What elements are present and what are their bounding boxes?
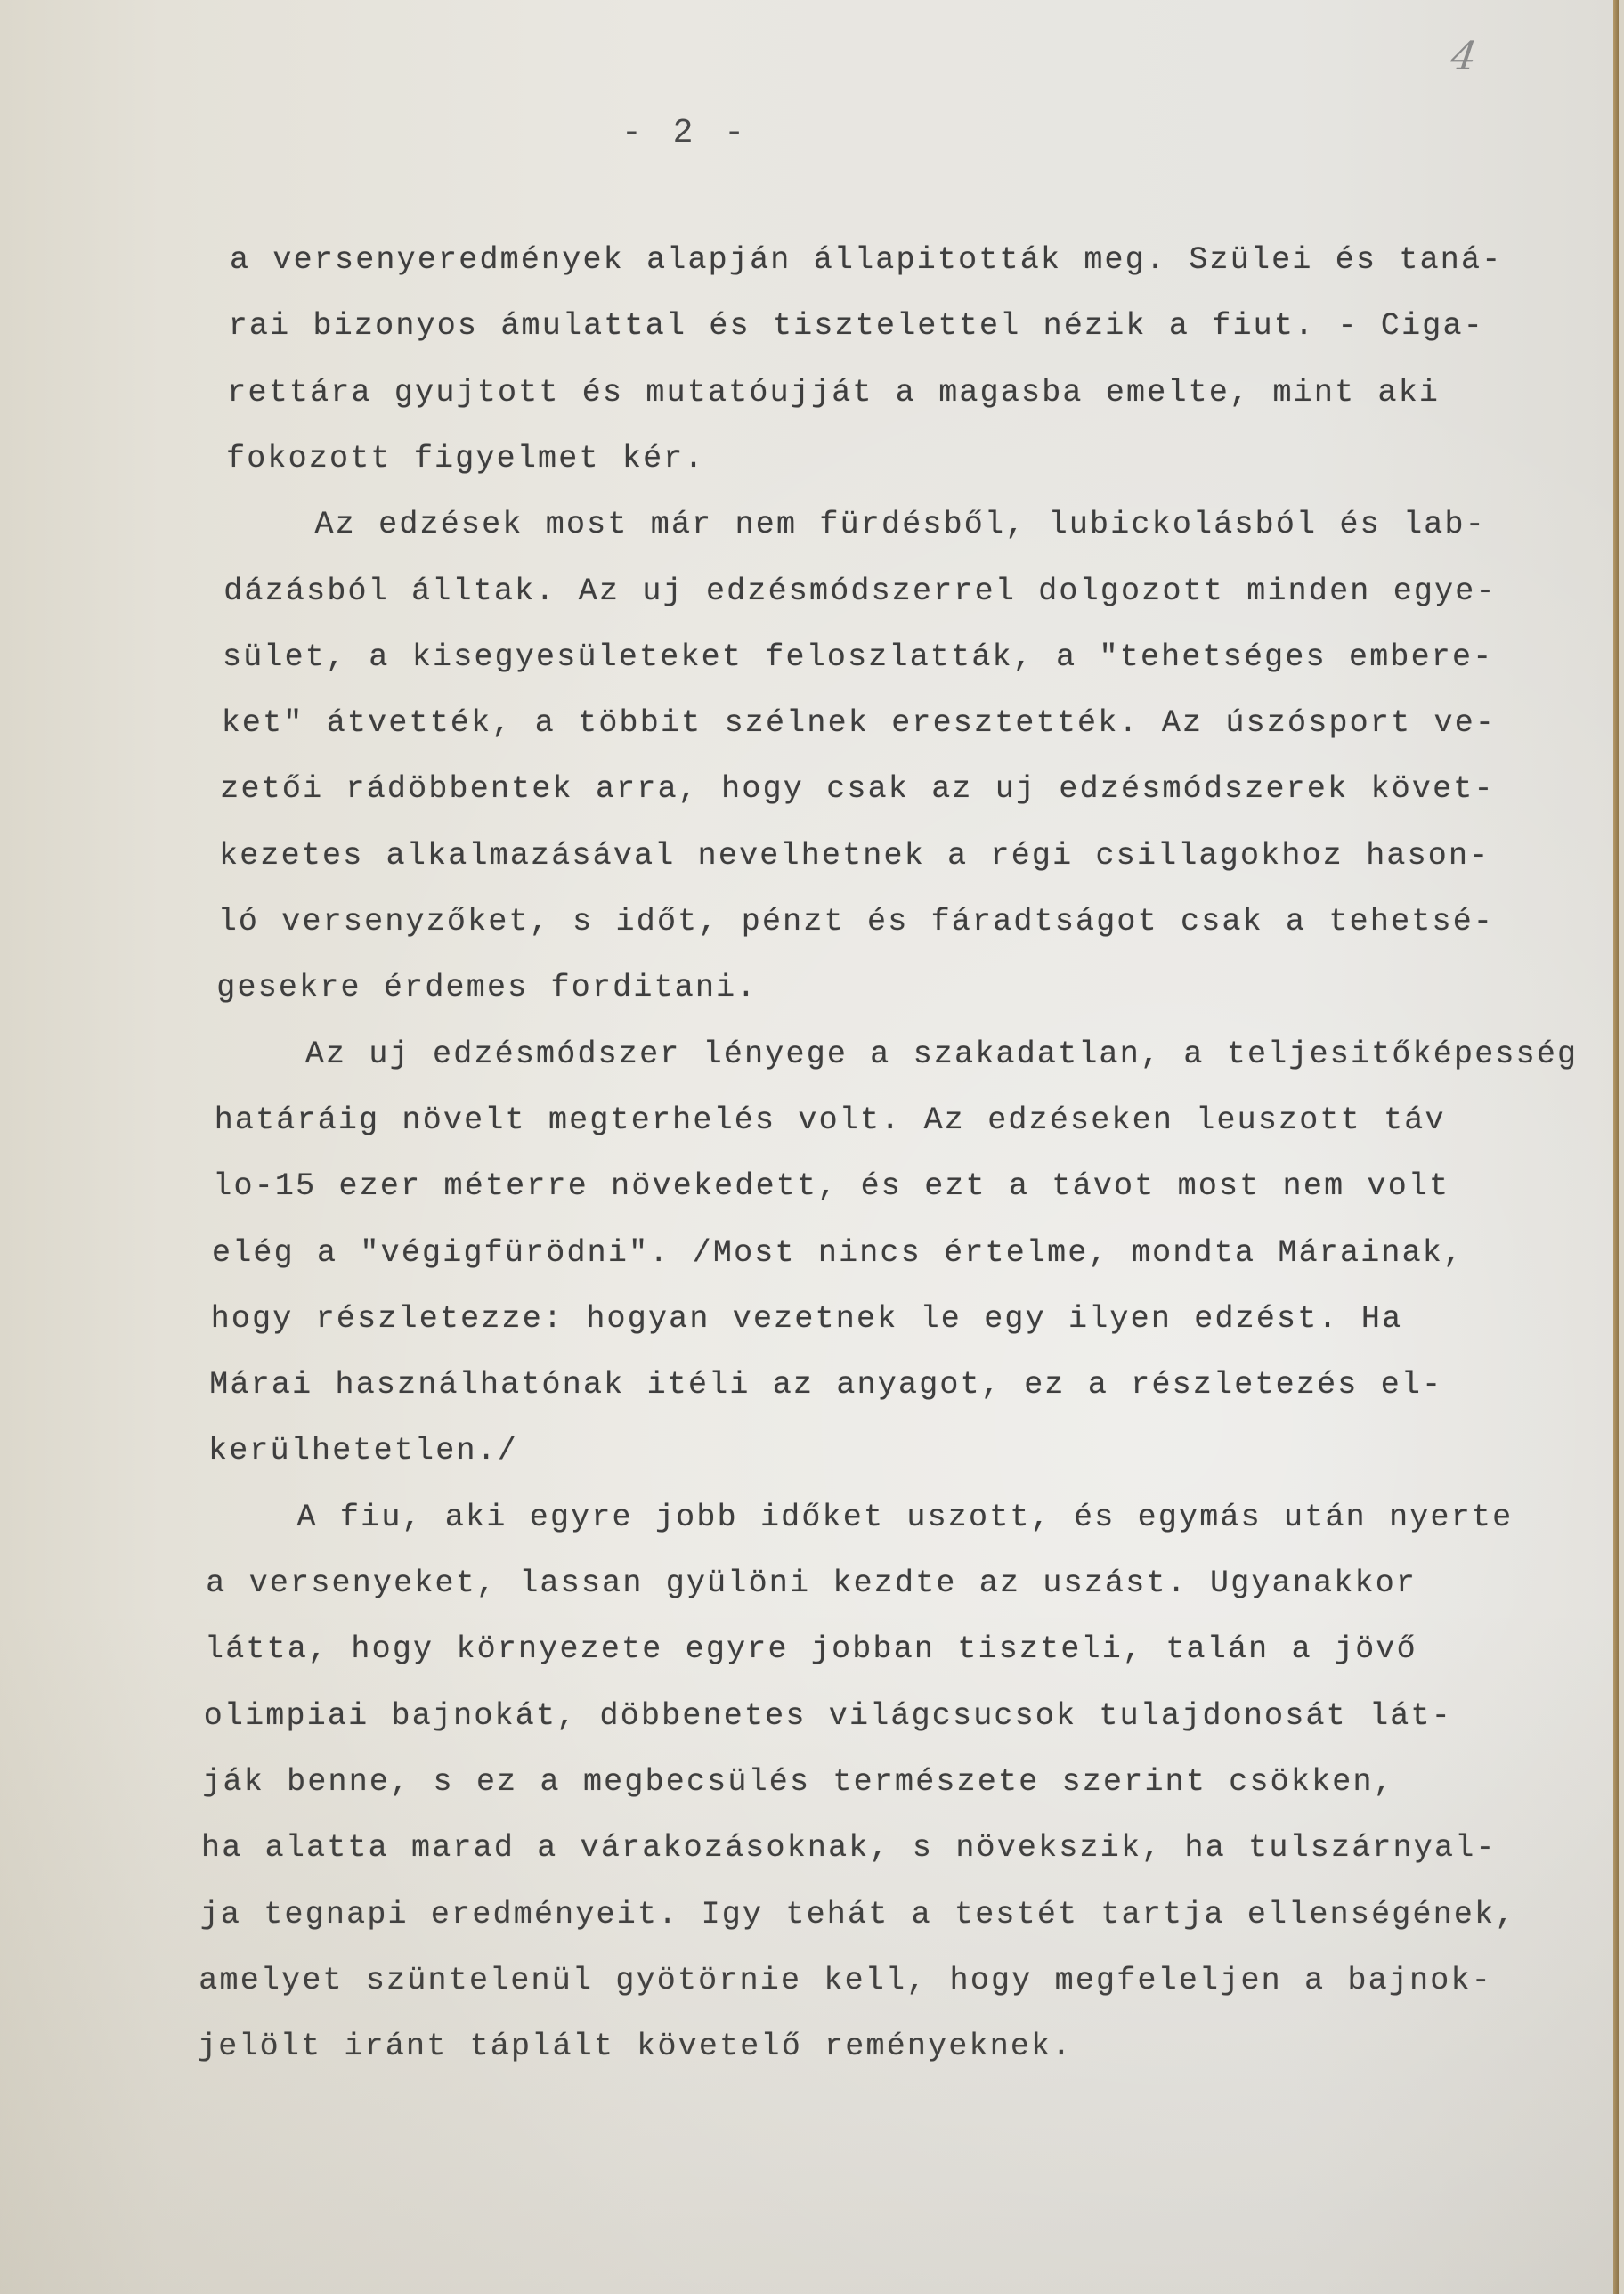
text-line: Márai használhatónak itéli az anyagot, e…: [209, 1367, 1442, 1403]
text-line: ják benne, s ez a megbecsülés természete…: [202, 1764, 1394, 1800]
text-line: fokozott figyelmet kér.: [226, 441, 705, 476]
text-line: határáig növelt megterhelés volt. Az edz…: [215, 1102, 1446, 1138]
text-line: kezetes alkalmazásával nevelhetnek a rég…: [219, 838, 1490, 874]
text-line: ha alatta marad a várakozásoknak, s növe…: [201, 1830, 1497, 1866]
text-line: hogy részletezze: hogyan vezetnek le egy…: [211, 1301, 1403, 1337]
text-line: dázásból álltak. Az uj edzésmódszerrel d…: [223, 573, 1496, 609]
page-edge: [1613, 0, 1619, 2294]
text-line: ló versenyzőket, s időt, pénzt és fáradt…: [218, 904, 1494, 940]
text-line: olimpiai bajnokát, döbbenetes világcsucs…: [204, 1698, 1452, 1734]
text-line: Az edzések most már nem fürdésből, lubic…: [225, 507, 1486, 542]
text-line: amelyet szüntelenül gyötörnie kell, hogy…: [199, 1963, 1492, 1998]
text-line: látta, hogy környezete egyre jobban tisz…: [205, 1631, 1417, 1667]
text-line: a versenyeredmények alapján állapitották…: [230, 242, 1502, 278]
text-line: a versenyeket, lassan gyülöni kezdte az …: [206, 1566, 1417, 1601]
page-number: - 2 -: [621, 114, 750, 152]
text-line: ja tegnapi eredményeit. Igy tehát a test…: [200, 1897, 1516, 1932]
text-line: lo-15 ezer méterre növekedett, és ezt a …: [213, 1168, 1449, 1204]
text-line: A fiu, aki egyre jobb időket uszott, és …: [207, 1500, 1514, 1535]
text-line: Az uj edzésmódszer lényege a szakadatlan…: [215, 1037, 1578, 1072]
text-line: elég a "végigfürödni". /Most nincs értel…: [212, 1235, 1464, 1271]
typewritten-page: 4 - 2 - a versenyeredmények alapján álla…: [0, 0, 1619, 2294]
text-line: sület, a kisegyesületeket feloszlatták, …: [223, 639, 1493, 675]
text-line: kerülhetetlen./: [208, 1433, 518, 1468]
text-line: gesekre érdemes forditani.: [216, 970, 757, 1005]
handwritten-folio-number: 4: [1448, 34, 1479, 79]
text-line: jelölt iránt táplált követelő reményekne…: [198, 2029, 1073, 2064]
text-line: ket" átvették, a többit szélnek eresztet…: [222, 705, 1496, 741]
text-line: rettára gyujtott és mutatóujját a magasb…: [227, 375, 1440, 411]
text-line: rai bizonyos ámulattal és tisztelettel n…: [229, 308, 1484, 344]
text-line: zetői rádöbbentek arra, hogy csak az uj …: [220, 771, 1494, 807]
